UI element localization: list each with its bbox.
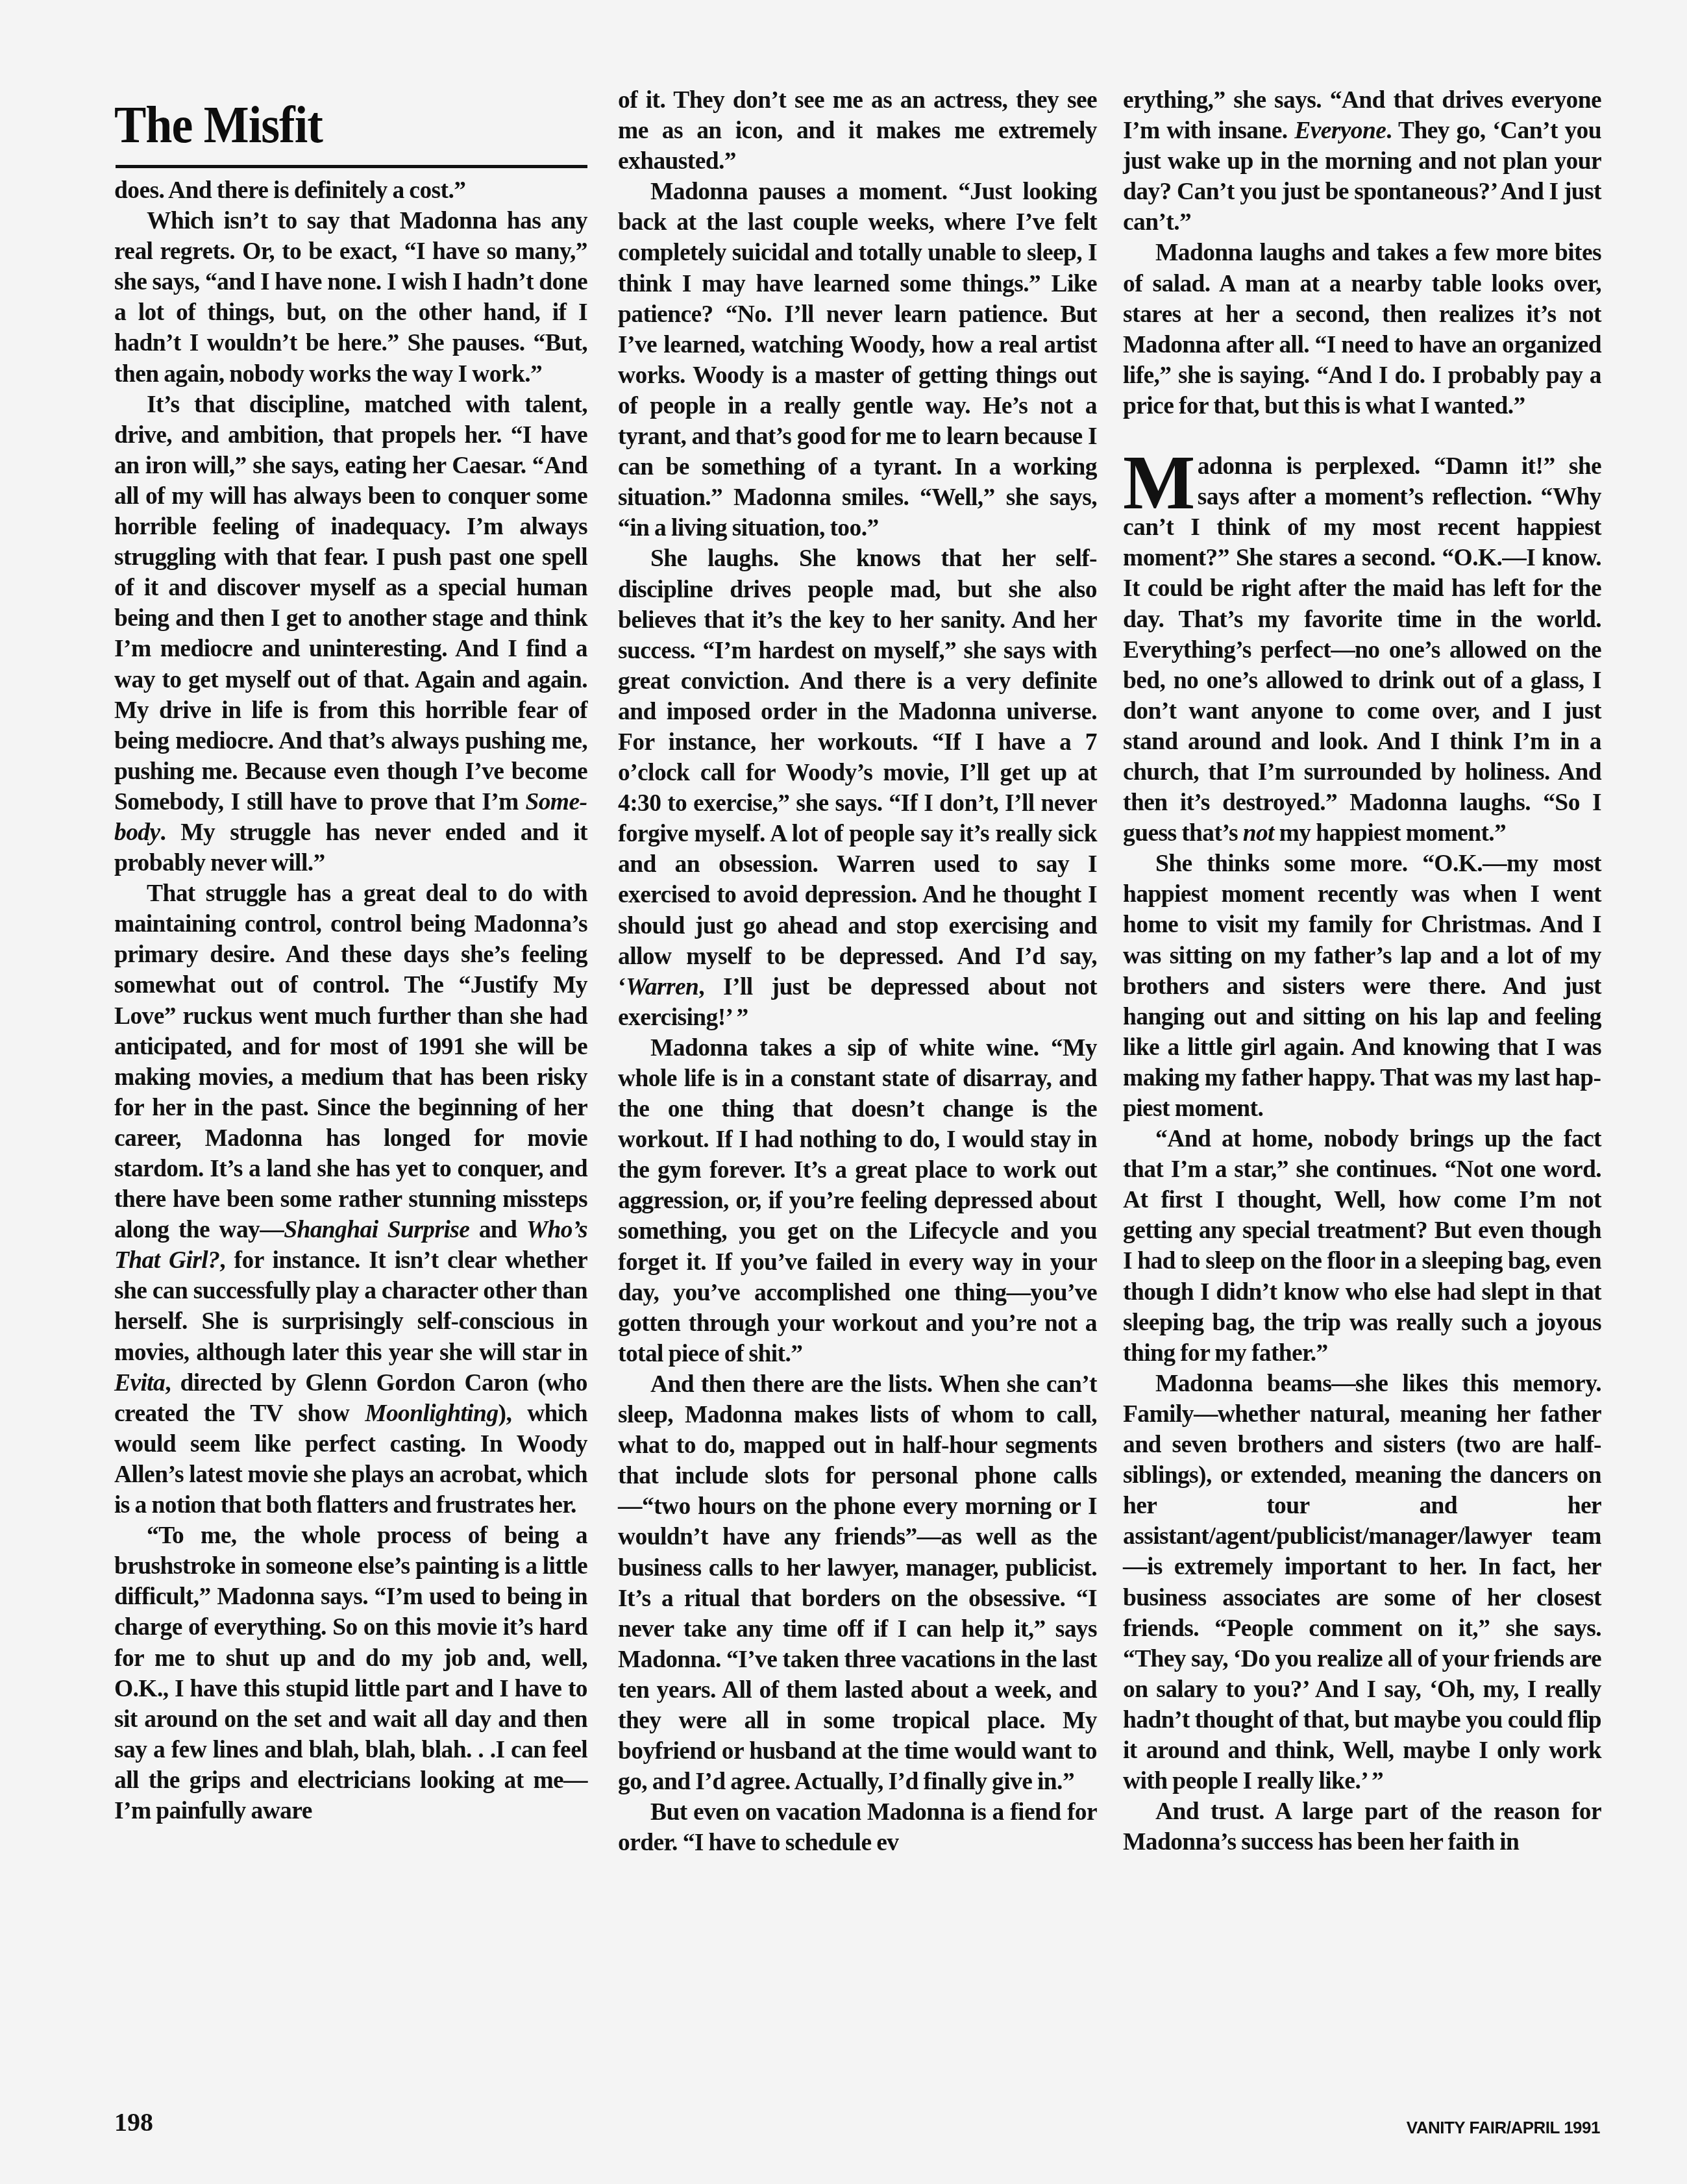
article-title: The Misfit	[114, 97, 323, 153]
paragraph: Madonna pauses a moment. “Just look­ing …	[618, 177, 1097, 543]
text-run: adonna is perplexed. “Damn it!” she says…	[1123, 453, 1601, 847]
italic-title: Shang­hai Surprise	[284, 1217, 469, 1243]
paragraph: She thinks some more. “O.K.—my most happ…	[1123, 849, 1601, 1124]
text-run: Madonna beams—she likes this memo­ry. Fa…	[1123, 1371, 1601, 1794]
paragraph: Madonna laughs and takes a few more bite…	[1123, 238, 1601, 421]
paragraph: But even on vacation Madonna is a fiend …	[618, 1797, 1097, 1858]
italic-title: Moon­lighting	[365, 1400, 498, 1427]
text-run: does. And there is definitely a cost.”	[114, 177, 465, 204]
paragraph: of it. They don’t see me as an actress, …	[618, 85, 1097, 177]
paragraph: “To me, the whole process of being a bru…	[114, 1520, 587, 1826]
paragraph: That struggle has a great deal to do wit…	[114, 878, 587, 1520]
text-run: But even on vacation Madonna is a fiend …	[618, 1799, 1097, 1856]
paragraph: And then there are the lists. When she c…	[618, 1369, 1097, 1797]
paragraph: And trust. A large part of the reason fo…	[1123, 1796, 1601, 1857]
text-run: and	[469, 1217, 526, 1243]
text-run: She laughs. She knows that her self-disc…	[618, 545, 1097, 1000]
paragraph: does. And there is definitely a cost.”	[114, 175, 587, 206]
paragraph: Madonna beams—she likes this memo­ry. Fa…	[1123, 1369, 1601, 1796]
text-run: She thinks some more. “O.K.—my most happ…	[1123, 850, 1601, 1122]
italic-title: Everyone	[1294, 118, 1386, 144]
text-run: That struggle has a great deal to do wit…	[114, 880, 587, 1243]
text-run: “To me, the whole process of being a bru…	[114, 1522, 587, 1824]
text-run: of it. They don’t see me as an actress, …	[618, 87, 1097, 175]
paragraph: She laughs. She knows that her self-disc…	[618, 543, 1097, 1033]
text-run: Madonna laughs and takes a few more bite…	[1123, 240, 1601, 419]
text-run: And trust. A large part of the reason fo…	[1123, 1798, 1601, 1855]
text-run: Which isn’t to say that Madonna has any …	[114, 208, 587, 387]
text-column-2: of it. They don’t see me as an actress, …	[618, 85, 1097, 1858]
paragraph: Madonna is perplexed. “Damn it!” she say…	[1123, 451, 1601, 849]
text-run: “And at home, nobody brings up the fact …	[1123, 1126, 1601, 1367]
page-number: 198	[114, 2107, 153, 2137]
paragraph: Madonna takes a sip of white wine. “My w…	[618, 1033, 1097, 1369]
text-run: my happiest moment.”	[1274, 820, 1506, 847]
italic-title: Evita	[114, 1370, 165, 1396]
text-column-1: does. And there is definitely a cost.”Wh…	[114, 175, 587, 1826]
paragraph: Which isn’t to say that Madonna has any …	[114, 206, 587, 390]
paragraph: It’s that discipline, matched with talen…	[114, 390, 587, 879]
paragraph: “And at home, nobody brings up the fact …	[1123, 1124, 1601, 1369]
text-column-3: erything,” she says. “And that drives ev…	[1123, 85, 1601, 1857]
italic-title: Warren	[626, 974, 698, 1000]
text-run: Madonna pauses a moment. “Just look­ing …	[618, 179, 1097, 541]
text-run: It’s that discipline, matched with talen…	[114, 391, 587, 815]
paragraph: erything,” she says. “And that drives ev…	[1123, 85, 1601, 238]
drop-cap: M	[1123, 455, 1195, 511]
text-run: And then there are the lists. When she c…	[618, 1371, 1097, 1795]
text-run: . My struggle has never ended and it pro…	[114, 819, 587, 876]
italic-title: not	[1243, 820, 1274, 847]
title-rule	[116, 165, 587, 168]
text-run: Madonna takes a sip of white wine. “My w…	[618, 1035, 1097, 1367]
magazine-credit: VANITY FAIR/APRIL 1991	[1407, 2118, 1600, 2138]
